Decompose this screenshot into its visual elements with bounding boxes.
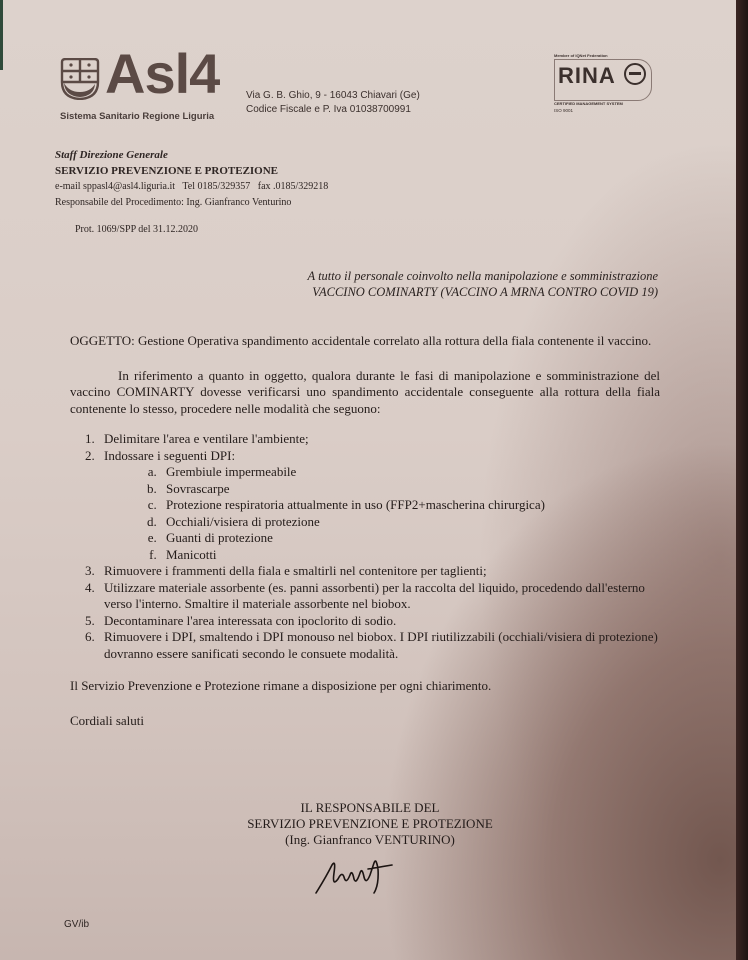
greeting: Cordiali saluti	[70, 713, 660, 730]
service-name: SERVIZIO PREVENZIONE E PROTEZIONE	[55, 164, 328, 180]
step-item: Rimuovere i DPI, smaltendo i DPI monouso…	[98, 629, 660, 662]
cert-name: RINA	[558, 63, 616, 89]
steps-list: Delimitare l'area e ventilare l'ambiente…	[70, 431, 660, 662]
logo-subtitle: Sistema Sanitario Regione Liguria	[60, 111, 214, 122]
office-block: Staff Direzione Generale SERVIZIO PREVEN…	[55, 148, 328, 210]
responsible: Responsabile del Procedimento: Ing. Gian…	[55, 195, 328, 211]
tax-code-line: Codice Fiscale e P. Iva 01038700991	[246, 103, 420, 117]
asl4-logo: Asl4	[105, 46, 219, 102]
letter-body: OGGETTO: Gestione Operativa spandimento …	[70, 333, 660, 729]
dpi-list: Grembiule impermeabile Sovrascarpe Prote…	[104, 464, 660, 563]
step-item: Decontaminare l'area interessata con ipo…	[98, 613, 660, 630]
address-line: Via G. B. Ghio, 9 - 16043 Chiavari (Ge)	[246, 89, 420, 103]
dpi-item: Grembiule impermeabile	[160, 464, 660, 481]
step-item: Delimitare l'area e ventilare l'ambiente…	[98, 431, 660, 448]
initials: GV/ib	[64, 919, 89, 930]
rina-certification-logo: Member of IQNet Federation RINA CERTIFIE…	[552, 53, 654, 117]
subject: OGGETTO: Gestione Operativa spandimento …	[70, 333, 660, 350]
recipient-line2: VACCINO COMINARTY (VACCINO A MRNA CONTRO…	[246, 284, 658, 300]
background-edge	[736, 0, 748, 960]
step-item: Utilizzare materiale assorbente (es. pan…	[98, 580, 660, 613]
dpi-item: Manicotti	[160, 547, 660, 564]
document-page: Asl4 Sistema Sanitario Regione Liguria V…	[0, 0, 738, 960]
intro-paragraph: In riferimento a quanto in oggetto, qual…	[70, 368, 660, 418]
signature-block: IL RESPONSABILE DEL SERVIZIO PREVENZIONE…	[200, 800, 540, 848]
step-item: Indossare i seguenti DPI: Grembiule impe…	[98, 448, 660, 564]
cert-line2: ISO 9001	[554, 108, 573, 113]
recipient-block: A tutto il personale coinvolto nella man…	[246, 268, 658, 300]
dpi-item: Guanti di protezione	[160, 530, 660, 547]
contacts: e-mail sppasl4@asl4.liguria.it Tel 0185/…	[55, 179, 328, 195]
address-block: Via G. B. Ghio, 9 - 16043 Chiavari (Ge) …	[246, 89, 420, 117]
liguria-shield-icon	[60, 58, 100, 100]
department: Staff Direzione Generale	[55, 148, 328, 164]
handwritten-signature-icon	[312, 855, 402, 897]
dpi-item: Occhiali/visiera di protezione	[160, 514, 660, 531]
step-item: Rimuovere i frammenti della fiala e smal…	[98, 563, 660, 580]
cert-line1: CERTIFIED MANAGEMENT SYSTEM	[554, 101, 623, 106]
recipient-line1: A tutto il personale coinvolto nella man…	[246, 268, 658, 284]
iqnet-circle-icon	[624, 63, 646, 85]
closing-paragraph: Il Servizio Prevenzione e Protezione rim…	[70, 678, 660, 695]
signer-title: IL RESPONSABILE DEL	[200, 800, 540, 816]
dpi-item: Sovrascarpe	[160, 481, 660, 498]
protocol-number: Prot. 1069/SPP del 31.12.2020	[75, 224, 198, 235]
cert-top-text: Member of IQNet Federation	[554, 53, 608, 58]
background-edge-left	[0, 0, 3, 70]
signer-name: (Ing. Gianfranco VENTURINO)	[200, 832, 540, 848]
dpi-item: Protezione respiratoria attualmente in u…	[160, 497, 660, 514]
signer-service: SERVIZIO PREVENZIONE E PROTEZIONE	[200, 816, 540, 832]
